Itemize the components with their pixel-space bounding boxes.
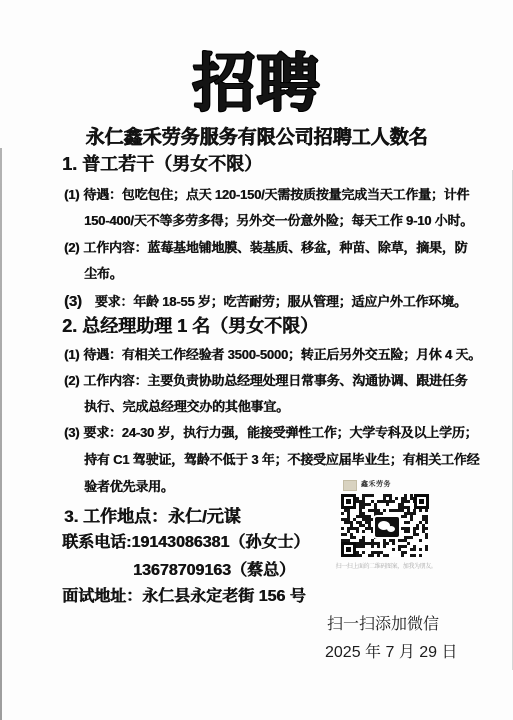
job1-heading: 1. 普工若干（男女不限） xyxy=(62,154,262,175)
poster-date: 2025 年 7 月 29 日 xyxy=(325,644,458,662)
job2-pay-line: (1)待遇：有相关工作经验者 3500-5000；转正后另外交五险；月休 4 天… xyxy=(64,348,481,363)
qr-account-avatar xyxy=(343,480,357,491)
item-text: 要求：24-30 岁，执行力强，能接受弹性工作；大学专科及以上学历； xyxy=(83,425,477,440)
job2-duties-line2: 执行、完成总经理交办的其他事宜。 xyxy=(84,400,289,415)
item-marker: (3) xyxy=(64,293,82,310)
scan-wechat-hint: 扫一扫添加微信 xyxy=(327,616,439,634)
job1-duties-line2: 尘布。 xyxy=(84,267,122,282)
interview-address: 面试地址：永仁县永定老街 156 号 xyxy=(62,588,306,606)
photo-edge-left xyxy=(0,148,2,720)
item-marker: (2) xyxy=(64,240,79,255)
job2-requirements-line2: 持有 C1 驾驶证，驾龄不低于 3 年；不接受应届毕业生；有相关工作经 xyxy=(84,453,479,468)
qr-code xyxy=(341,494,429,557)
item-text: 待遇：有相关工作经验者 3500-5000；转正后另外交五险；月休 4 天。 xyxy=(83,347,481,362)
item-marker: (1) xyxy=(64,347,79,362)
qr-finder-icon xyxy=(341,542,356,557)
item-text: 要求：年龄 18-55 岁；吃苦耐劳；服从管理；适应户外工作环境。 xyxy=(95,294,467,309)
qr-finder-icon xyxy=(414,494,429,509)
job1-duties-line1: (2)工作内容：蓝莓基地铺地膜、装基质、移盆，种苗、除草，摘果，防 xyxy=(64,241,467,256)
item-text: 工作内容：主要负责协助总经理处理日常事务、沟通协调、跟进任务 xyxy=(83,373,467,388)
contact-phone-1: 联系电话:19143086381（孙女士） xyxy=(62,534,309,552)
job2-requirements-line1: (3)要求：24-30 岁，执行力强，能接受弹性工作；大学专科及以上学历； xyxy=(64,426,477,441)
job2-requirements-line3: 验者优先录用。 xyxy=(84,480,174,495)
job2-duties-line1: (2)工作内容：主要负责协助总经理处理日常事务、沟通协调、跟进任务 xyxy=(64,374,467,389)
recruitment-poster: 招聘 永仁鑫禾劳务服务有限公司招聘工人数名 1. 普工若干（男女不限） (1)待… xyxy=(0,0,513,720)
contact-phone-2: 13678709163（蔡总） xyxy=(133,562,295,580)
poster-title: 招聘 xyxy=(0,48,513,120)
item-marker: (3) xyxy=(64,425,79,440)
job1-pay-line1: (1)待遇：包吃包住；点天 120-150/天需按质按量完成当天工作量；计件 xyxy=(64,188,469,203)
item-marker: (2) xyxy=(64,373,79,388)
qr-account-name: 鑫禾劳务 xyxy=(361,479,391,489)
job1-requirements-line: (3)要求：年龄 18-55 岁；吃苦耐劳；服从管理；适应户外工作环境。 xyxy=(64,293,467,310)
qr-finder-icon xyxy=(341,494,356,509)
item-text: 待遇：包吃包住；点天 120-150/天需按质按量完成当天工作量；计件 xyxy=(83,187,469,202)
qr-caption: 扫一扫上面的二维码图案，加我为朋友。 xyxy=(334,561,438,570)
wechat-logo-icon xyxy=(373,515,401,539)
work-location: 3. 工作地点：永仁/元谋 xyxy=(64,507,241,527)
item-text: 工作内容：蓝莓基地铺地膜、装基质、移盆，种苗、除草，摘果，防 xyxy=(83,240,467,255)
job1-pay-line2: 150-400/天不等多劳多得；另外交一份意外险；每天工作 9-10 小时。 xyxy=(84,214,473,229)
poster-subtitle: 永仁鑫禾劳务服务有限公司招聘工人数名 xyxy=(0,127,513,149)
item-marker: (1) xyxy=(64,187,79,202)
job2-heading: 2. 总经理助理 1 名（男女不限） xyxy=(62,316,318,337)
